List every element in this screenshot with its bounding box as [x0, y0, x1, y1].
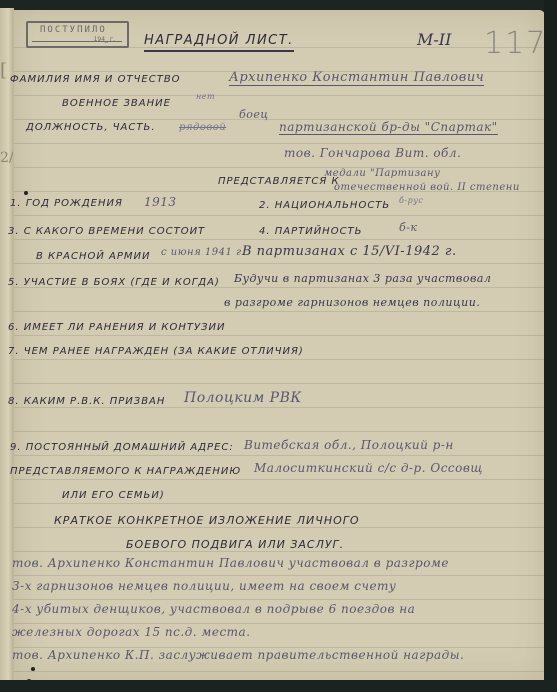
conscription-label: 8. Каким Р.В.К. призван — [8, 396, 165, 407]
address-value-line1: Витебская обл., Полоцкий р-н — [244, 438, 454, 452]
feat-text-line: тов. Архипенко К.П. заслуживает правител… — [12, 648, 464, 662]
address-label-line3: или его семьи) — [62, 490, 165, 501]
archive-code: M-II — [417, 30, 451, 49]
scan-right-border — [544, 0, 557, 692]
address-value-line2: Малоситкинский с/с д-р. Оссовщ — [254, 461, 483, 475]
ink-dot — [31, 667, 35, 671]
wounds-label: 6. Имеет ли ранения и контузии — [8, 322, 226, 333]
combat-value-line1: Будучи в партизанах 3 раза участвовал — [234, 272, 491, 285]
prior-awards-label: 7. Чем ранее награжден (за какие отличия… — [8, 346, 304, 357]
full-name-value: Архипенко Константин Павлович — [229, 70, 484, 86]
nominated-label: Представляется к — [218, 176, 340, 187]
feat-heading-line2: боевого подвига или заслуг. — [126, 538, 344, 551]
stamp-text: ПОСТУПИЛО — [40, 25, 107, 35]
position-struck-value: рядовой — [179, 122, 226, 133]
nominated-value-line2: отечественной вой. II степени — [334, 182, 520, 193]
service-since-label: 3. С какого времени состоит — [8, 226, 205, 237]
position-value-line1: партизанской бр-ды "Спартак" — [279, 120, 498, 135]
feat-text-line: железных дорогах 15 пс.д. места. — [12, 625, 251, 639]
nationality-label: 2. Национальность — [259, 200, 390, 211]
stamp-year: 194_ г. — [94, 36, 115, 43]
feat-heading-line1: Краткое конкретное изложение личного — [54, 514, 360, 527]
combat-label: 5. Участие в боях (где и когда) — [8, 277, 220, 288]
feat-text-line: тов. Архипенко Константин Павлович участ… — [12, 556, 449, 570]
award-sheet-page: ПОСТУПИЛО 194_ г. НАГРАДНОЙ ЛИСТ. M-II 1… — [13, 10, 545, 680]
party-value: б-к — [399, 221, 418, 234]
birth-year-label: 1. Год рождения — [10, 198, 123, 209]
partisan-since-value: В партизанах с 15/VI-1942 г. — [242, 244, 457, 259]
address-label-line2: представляемого к награждению — [10, 466, 241, 477]
service-since-label-line2: в Красной Армии — [36, 251, 151, 262]
nationality-value: б-рус — [399, 196, 423, 205]
document-title: НАГРАДНОЙ ЛИСТ. — [144, 33, 294, 52]
conscription-value: Полоцким РВК — [184, 390, 302, 406]
archive-number: 117 — [484, 26, 547, 61]
nominated-value-line1: медали "Партизану — [324, 168, 440, 179]
position-value-line2: тов. Гончарова Вит. обл. — [284, 146, 461, 160]
ink-dot — [24, 191, 28, 195]
rank-label: Военное звание — [62, 98, 171, 109]
birth-year-value: 1913 — [144, 195, 177, 209]
margin-scribble: 2/ — [0, 150, 14, 166]
scan-bottom-border — [0, 680, 557, 692]
address-label: 9. Постоянный домашний адрес: — [10, 442, 234, 453]
received-stamp: ПОСТУПИЛО 194_ г. — [26, 21, 129, 48]
party-label: 4. Партийность — [259, 226, 363, 237]
feat-text-line: 3-х гарнизонов немцев полиции, имеет на … — [12, 579, 396, 593]
rank-value: нет — [196, 92, 215, 101]
feat-text-line: 4-х убитых денщиков, участвовал в подрыв… — [12, 602, 415, 616]
position-insert: боец — [239, 108, 269, 121]
service-since-value: с июня 1941 г. — [161, 247, 245, 258]
margin-bracket: [ — [0, 60, 7, 81]
combat-value-line2: в разгроме гарнизонов немцев полиции. — [224, 296, 480, 309]
position-label: Должность, часть. — [26, 122, 156, 133]
full-name-label: Фамилия имя и отчество — [10, 74, 181, 85]
